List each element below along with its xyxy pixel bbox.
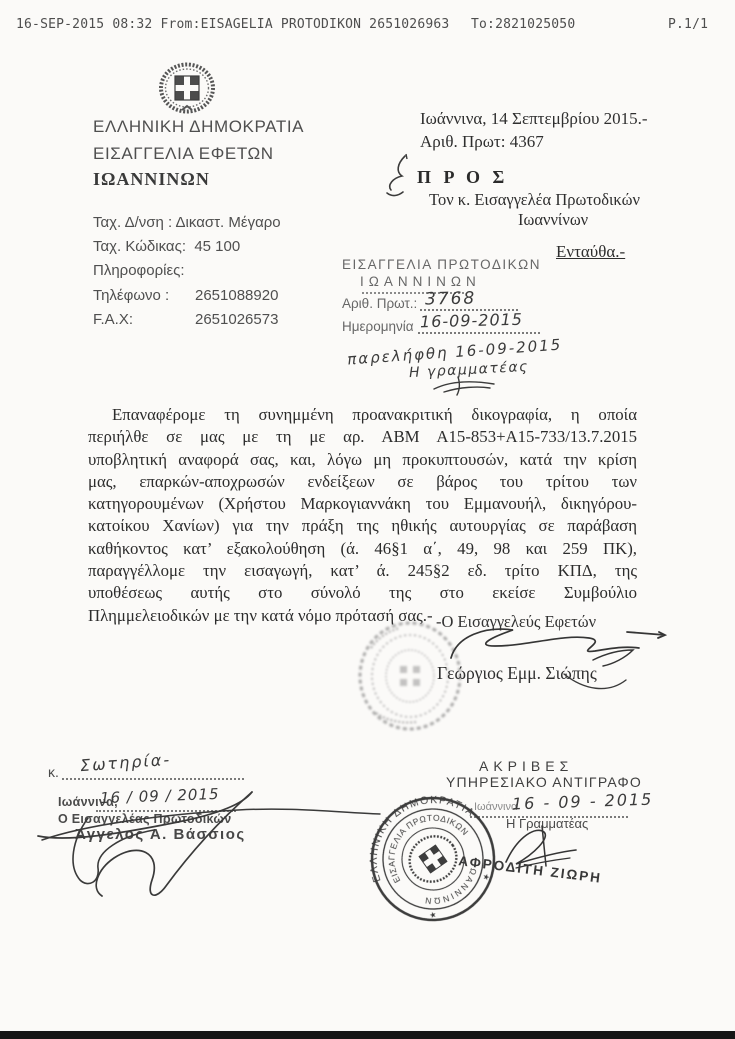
body-paragraph: Επαναφέρομε τη συνημμένη προανακριτική δ… (88, 404, 637, 627)
fax-from-line: 16-SEP-2015 08:32 From:EISAGELIA PROTODI… (16, 17, 449, 32)
handwritten-check-mark (383, 152, 413, 202)
fax-to-number: To:2821025050 (471, 17, 575, 32)
body-line: υποθέσεως αυτής στο σύνολό της στο εκείσ… (88, 582, 637, 604)
letterhead-info-label: Πληροφορίες: (93, 262, 185, 279)
body-line: περιήλθε σε μας με τη με αρ. ΑΒΜ Α15-853… (88, 426, 637, 448)
body-line: μας, επαρκών-αποχρωσών ενδείξεων σε βάρο… (88, 471, 637, 493)
first-instance-prosecutor-signature (28, 770, 388, 910)
place-and-date: Ιωάννινα, 14 Σεπτεμβρίου 2015.- (420, 109, 648, 129)
fax-label: F.A.X: (93, 311, 195, 328)
letterhead-city: ΙΩΑΝΝΙΝΩΝ (93, 169, 210, 190)
received-note-scribble (430, 375, 500, 397)
certified-label-line1: ΑΚΡΙΒΕΣ (479, 758, 573, 774)
received-protocol-handwritten: 3768 (425, 289, 477, 310)
received-protocol-label: Αριθ. Πρωτ.: (342, 296, 417, 311)
received-stamp-office: ΕΙΣΑΓΓΕΛΙΑ ΠΡΩΤΟΔΙΚΩΝ (342, 257, 541, 272)
recipient-line1: Τον κ. Εισαγγελέα Πρωτοδικών (429, 190, 640, 210)
received-date-label: Ημερομηνία (342, 319, 414, 334)
letterhead-fax: F.A.X:2651026573 (93, 311, 278, 328)
received-stamp-city: ΙΩΑΝΝΙΝΩΝ (360, 274, 481, 289)
scanned-fax-document: 16-SEP-2015 08:32 From:EISAGELIA PROTODI… (0, 0, 735, 1039)
body-line: καθήκοντος κατ’ εξακολούθηση (ά. 46§1 α΄… (88, 538, 637, 560)
body-line: υποβλητική αναφορά σας, και, λόγω μη προ… (88, 449, 637, 471)
protocol-number: Αριθ. Πρωτ: 4367 (420, 132, 544, 152)
letterhead-address: Ταχ. Δ/νση : Δικαστ. Μέγαρο (93, 214, 281, 231)
to-label: Π Ρ Ο Σ (417, 167, 508, 188)
letterhead-phone: Τηλέφωνο :2651088920 (93, 287, 278, 304)
here-label: Ενταύθα.- (556, 242, 625, 262)
body-line: κατηγορουμένων (Χρήστου Μαρκογιαννάκη το… (88, 493, 637, 515)
greek-coat-of-arms-icon (158, 62, 216, 114)
fax-value: 2651026573 (195, 311, 278, 328)
certified-label-line2: ΥΠΗΡΕΣΙΑΚΟ ΑΝΤΙΓΡΑΦΟ (446, 774, 642, 790)
recipient-line2: Ιωαννίνων (518, 210, 588, 230)
certification-date-handwritten: 16 - 09 - 2015 (512, 790, 654, 814)
letterhead-postal-code: Ταχ. Κώδικας: 45 100 (93, 238, 240, 255)
body-line: κατοίκου Χανίων) για την πράξη της ηθική… (88, 515, 637, 537)
letterhead-office: ΕΙΣΑΓΓΕΛΙΑ ΕΦΕΤΩΝ (93, 144, 274, 164)
scan-edge-bar (0, 1031, 735, 1039)
phone-value: 2651088920 (195, 287, 278, 304)
received-date-handwritten: 16-09-2015 (420, 310, 523, 332)
appeals-signature-tail (560, 668, 630, 698)
stamp-center-emblem (401, 827, 466, 891)
phone-label: Τηλέφωνο : (93, 287, 195, 304)
body-line: Επαναφέρομε τη συνημμένη προανακριτική δ… (88, 404, 637, 426)
fax-page-count: P.1/1 (668, 17, 708, 32)
body-line: παραγγέλλομε την εισαγωγή, κατ’ ά. 245§2… (88, 560, 637, 582)
letterhead-republic: ΕΛΛΗΝΙΚΗ ΔΗΜΟΚΡΑΤΙΑ (93, 117, 304, 137)
